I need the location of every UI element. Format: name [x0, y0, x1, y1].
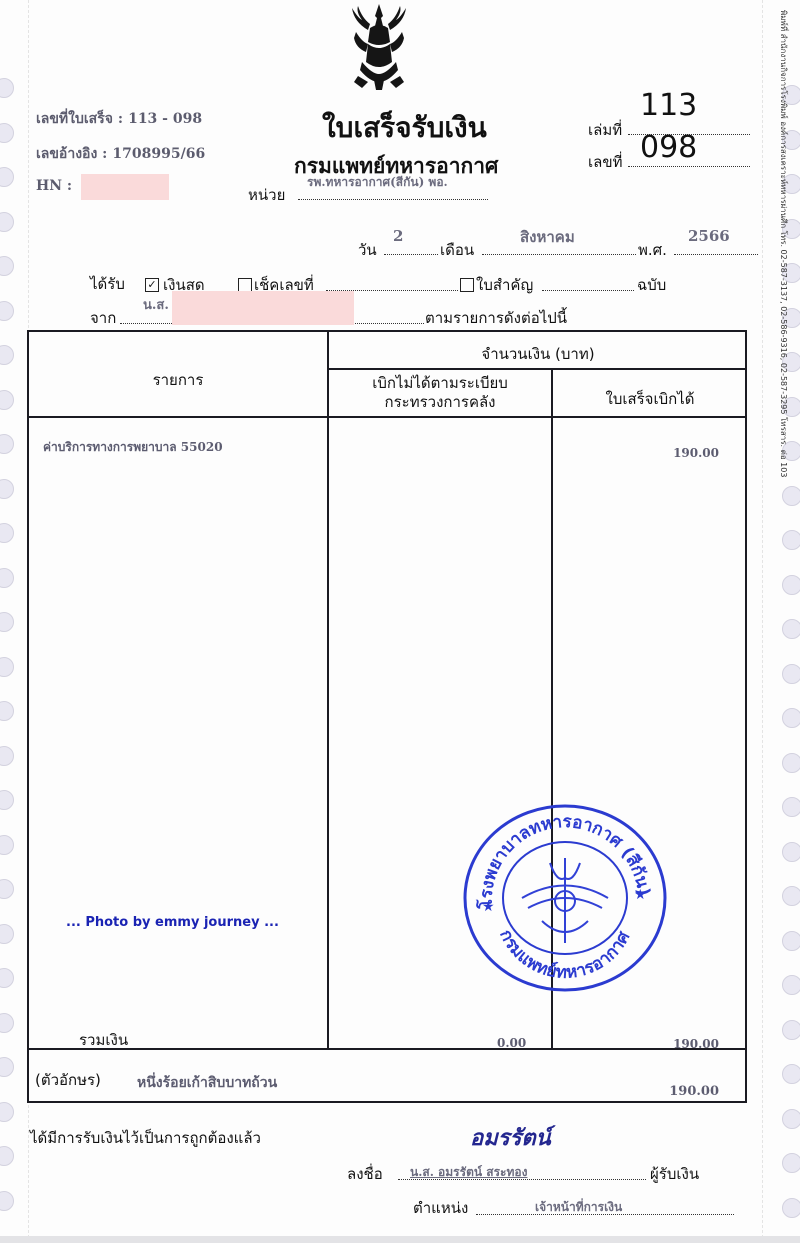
total-reimbursable: 190.00	[673, 1037, 719, 1051]
day-value: 2	[393, 227, 403, 245]
from-label: จาก	[90, 306, 116, 330]
feed-hole	[782, 931, 800, 951]
following-label: ตามรายการดังต่อไปนี้	[425, 306, 567, 330]
row-reimbursable: 190.00	[673, 446, 719, 460]
checkbox-empty-icon[interactable]	[238, 278, 252, 292]
copies-label: ฉบับ	[637, 273, 666, 297]
feed-hole	[782, 486, 800, 506]
garuda-emblem-icon	[348, 2, 410, 92]
feed-hole	[782, 975, 800, 995]
row-item: ค่าบริการทางการพยาบาล 55020	[43, 438, 223, 457]
unit-label: หน่วย	[248, 183, 285, 207]
receipt-number-big: 098	[640, 130, 697, 165]
option-voucher[interactable]: ใบสำคัญ	[460, 273, 533, 297]
receipt-number-value: 113 - 098	[128, 111, 202, 127]
book-label: เล่มที่	[588, 118, 622, 142]
receiver-label: ผู้รับเงิน	[650, 1162, 699, 1186]
feed-hole	[0, 968, 14, 988]
option-voucher-label: ใบสำคัญ	[476, 273, 533, 297]
feed-hole	[0, 701, 14, 721]
feed-hole	[0, 212, 14, 232]
feed-hole	[0, 390, 14, 410]
book-number: 113	[640, 88, 697, 123]
in-words-label: (ตัวอักษร)	[35, 1068, 101, 1092]
feed-hole	[0, 523, 14, 543]
header-bottom-line	[29, 416, 747, 418]
column-header-item: รายการ	[29, 368, 327, 392]
receipt-number-label: เลขที่ใบเสร็จ :	[36, 111, 123, 127]
in-words-value: หนึ่งร้อยเก้าสิบบาทถ้วน	[137, 1072, 277, 1094]
feed-hole	[0, 345, 14, 365]
feed-hole	[0, 479, 14, 499]
position-value: เจ้าหน้าที่การเงิน	[535, 1198, 622, 1217]
feed-hole	[782, 842, 800, 862]
signer-name: น.ส. อมรรัตน์ สระทอง	[410, 1163, 527, 1182]
month-label: เดือน	[440, 238, 474, 262]
feed-hole	[0, 1146, 14, 1166]
total-not-reimbursable: 0.00	[497, 1036, 526, 1050]
feed-hole	[782, 575, 800, 595]
day-label: วัน	[358, 238, 377, 262]
feed-hole	[782, 1064, 800, 1084]
year-label: พ.ศ.	[638, 238, 667, 262]
number-label: เลขที่	[588, 150, 622, 174]
column-header-amount: จำนวนเงิน (บาท)	[329, 342, 747, 366]
feed-hole	[0, 1102, 14, 1122]
feed-hole	[0, 657, 14, 677]
receipt-number: เลขที่ใบเสร็จ : 113 - 098	[36, 108, 202, 130]
hn-redaction	[81, 174, 169, 200]
feed-hole	[0, 434, 14, 454]
feed-hole	[0, 123, 14, 143]
feed-hole	[0, 301, 14, 321]
feed-hole	[0, 1191, 14, 1211]
reference-label: เลขอ้างอิง :	[36, 146, 107, 162]
payer-name-redaction	[172, 291, 354, 325]
printer-note: พิมพ์ที่ สำนักงานกิจการโรงพิมพ์ องค์การส…	[770, 10, 790, 480]
feed-hole	[0, 256, 14, 276]
hn-label: HN :	[36, 178, 72, 194]
column-header-not-reimbursable: เบิกไม่ได้ตามระเบียบ กระทรวงการคลัง	[329, 374, 551, 412]
feed-hole	[0, 879, 14, 899]
svg-text:★: ★	[634, 887, 647, 903]
voucher-field	[542, 274, 634, 291]
checkbox-empty-icon[interactable]	[460, 278, 474, 292]
from-prefix: น.ส.	[143, 294, 169, 315]
position-label: ตำแหน่ง	[413, 1196, 468, 1220]
feed-hole	[0, 568, 14, 588]
column-header-reimbursable: ใบเสร็จเบิกได้	[553, 387, 747, 411]
signed-label: ลงชื่อ	[347, 1162, 383, 1186]
month-value: สิงหาคม	[520, 225, 575, 249]
feed-hole	[0, 167, 14, 187]
feed-hole	[782, 1109, 800, 1129]
feed-hole	[782, 530, 800, 550]
header-line-1: เบิกไม่ได้ตามระเบียบ	[329, 374, 551, 393]
feed-hole	[0, 790, 14, 810]
photo-watermark: ... Photo by emmy journey ...	[66, 915, 279, 930]
feed-hole	[0, 924, 14, 944]
header-line-2: กระทรวงการคลัง	[329, 393, 551, 412]
header-divider	[327, 368, 747, 370]
feed-hole	[782, 753, 800, 773]
feed-hole	[782, 797, 800, 817]
feed-hole	[782, 708, 800, 728]
feed-hole	[0, 835, 14, 855]
unit-value: รพ.ทหารอากาศ(สีกัน) พอ.	[307, 173, 448, 192]
feed-hole	[782, 1198, 800, 1218]
document-title: ใบเสร็จรับเงิน	[322, 106, 487, 150]
feed-hole	[782, 619, 800, 639]
hospital-stamp-icon: โรงพยาบาลทหารอากาศ (สีกัน) กรมแพทย์ทหารอ…	[462, 803, 668, 993]
feed-hole	[782, 1020, 800, 1040]
reference-number: เลขอ้างอิง : 1708995/66	[36, 143, 205, 165]
signature: อมรรัตน์	[470, 1120, 551, 1155]
confirmation-text: ได้มีการรับเงินไว้เป็นการถูกต้องแล้ว	[30, 1126, 261, 1150]
svg-text:★: ★	[482, 899, 495, 915]
feed-hole	[0, 78, 14, 98]
column-divider	[327, 332, 329, 1050]
total-label: รวมเงิน	[79, 1028, 128, 1052]
feed-hole	[782, 1153, 800, 1173]
feed-hole	[0, 746, 14, 766]
feed-hole	[782, 886, 800, 906]
feed-hole	[782, 664, 800, 684]
feed-hole	[0, 612, 14, 632]
received-label: ได้รับ	[90, 272, 125, 296]
in-words-amount: 190.00	[669, 1084, 719, 1099]
feed-hole	[0, 1013, 14, 1033]
reference-value: 1708995/66	[112, 146, 205, 162]
checkbox-checked-icon[interactable]: ✓	[145, 278, 159, 292]
cheque-number-field	[326, 274, 458, 291]
page-bottom-edge	[0, 1236, 800, 1243]
feed-hole	[0, 1057, 14, 1077]
year-value: 2566	[688, 227, 730, 245]
perforation-right	[762, 0, 764, 1243]
total-line	[29, 1048, 747, 1050]
